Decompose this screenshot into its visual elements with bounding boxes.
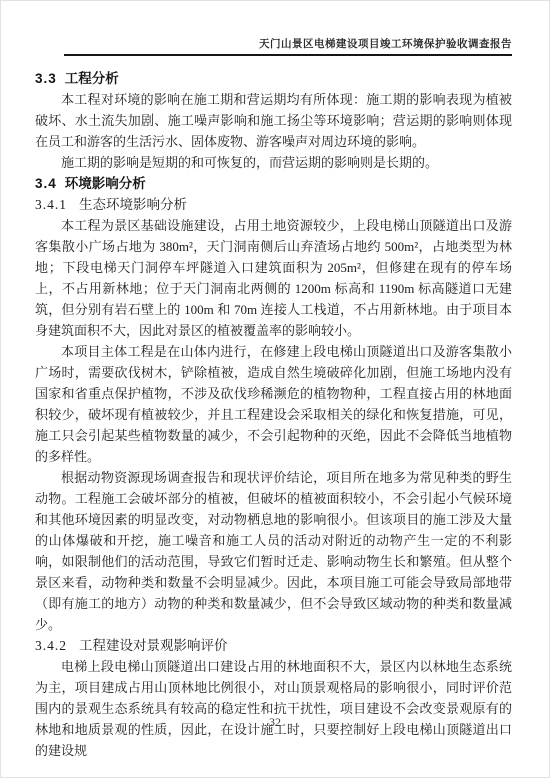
document-page: 天门山景区电梯建设项目竣工环境保护验收调查报告 3.3工程分析 本工程对环境的影… xyxy=(0,0,550,778)
document-body: 3.3工程分析 本工程对环境的影响在施工期和营运期均有所体现：施工期的影响表现为… xyxy=(0,56,550,761)
paragraph-landscape-impact: 电梯上段电梯山顶隧道出口建设占用的林地面积不大，景区内以林地生态系统为主，项目建… xyxy=(35,656,512,761)
subsection-heading-3-4-1: 3.4.1生态环境影响分析 xyxy=(35,194,512,215)
paragraph-vegetation-impact: 本项目主体工程是在山体内进行，在修建上段电梯山顶隧道出口及游客集散小广场时，需要… xyxy=(35,341,512,467)
subsection-title: 工程建设对景观影响评价 xyxy=(79,638,228,653)
section-heading-3-4: 3.4环境影响分析 xyxy=(35,173,512,194)
subsection-title: 生态环境影响分析 xyxy=(79,197,187,212)
subsection-number: 3.4.2 xyxy=(35,638,67,653)
section-number: 3.3 xyxy=(35,71,57,86)
section-title: 工程分析 xyxy=(65,71,119,86)
paragraph-land-use-analysis: 本工程为景区基础设施建设，占用土地资源较少，上段电梯山顶隧道出口及游客集散小广场… xyxy=(35,215,512,341)
section-number: 3.4 xyxy=(35,176,57,191)
page-footer: 32 xyxy=(0,714,550,730)
section-title: 环境影响分析 xyxy=(65,176,146,191)
subsection-number: 3.4.1 xyxy=(35,197,67,212)
page-number: 32 xyxy=(269,715,281,729)
paragraph-impact-duration: 施工期的影响是短期的和可恢复的，而营运期的影响则是长期的。 xyxy=(35,152,512,173)
paragraph-wildlife-impact: 根据动物资源现场调查报告和现状评价结论，项目所在地多为常见种类的野生动物。工程施… xyxy=(35,467,512,635)
page-header: 天门山景区电梯建设项目竣工环境保护验收调查报告 xyxy=(0,0,550,56)
paragraph-project-impact-overview: 本工程对环境的影响在施工期和营运期均有所体现：施工期的影响表现为植被破坏、水土流… xyxy=(35,89,512,152)
subsection-heading-3-4-2: 3.4.2工程建设对景观影响评价 xyxy=(35,635,512,656)
section-heading-3-3: 3.3工程分析 xyxy=(35,68,512,89)
header-title: 天门山景区电梯建设项目竣工环境保护验收调查报告 xyxy=(35,38,512,51)
